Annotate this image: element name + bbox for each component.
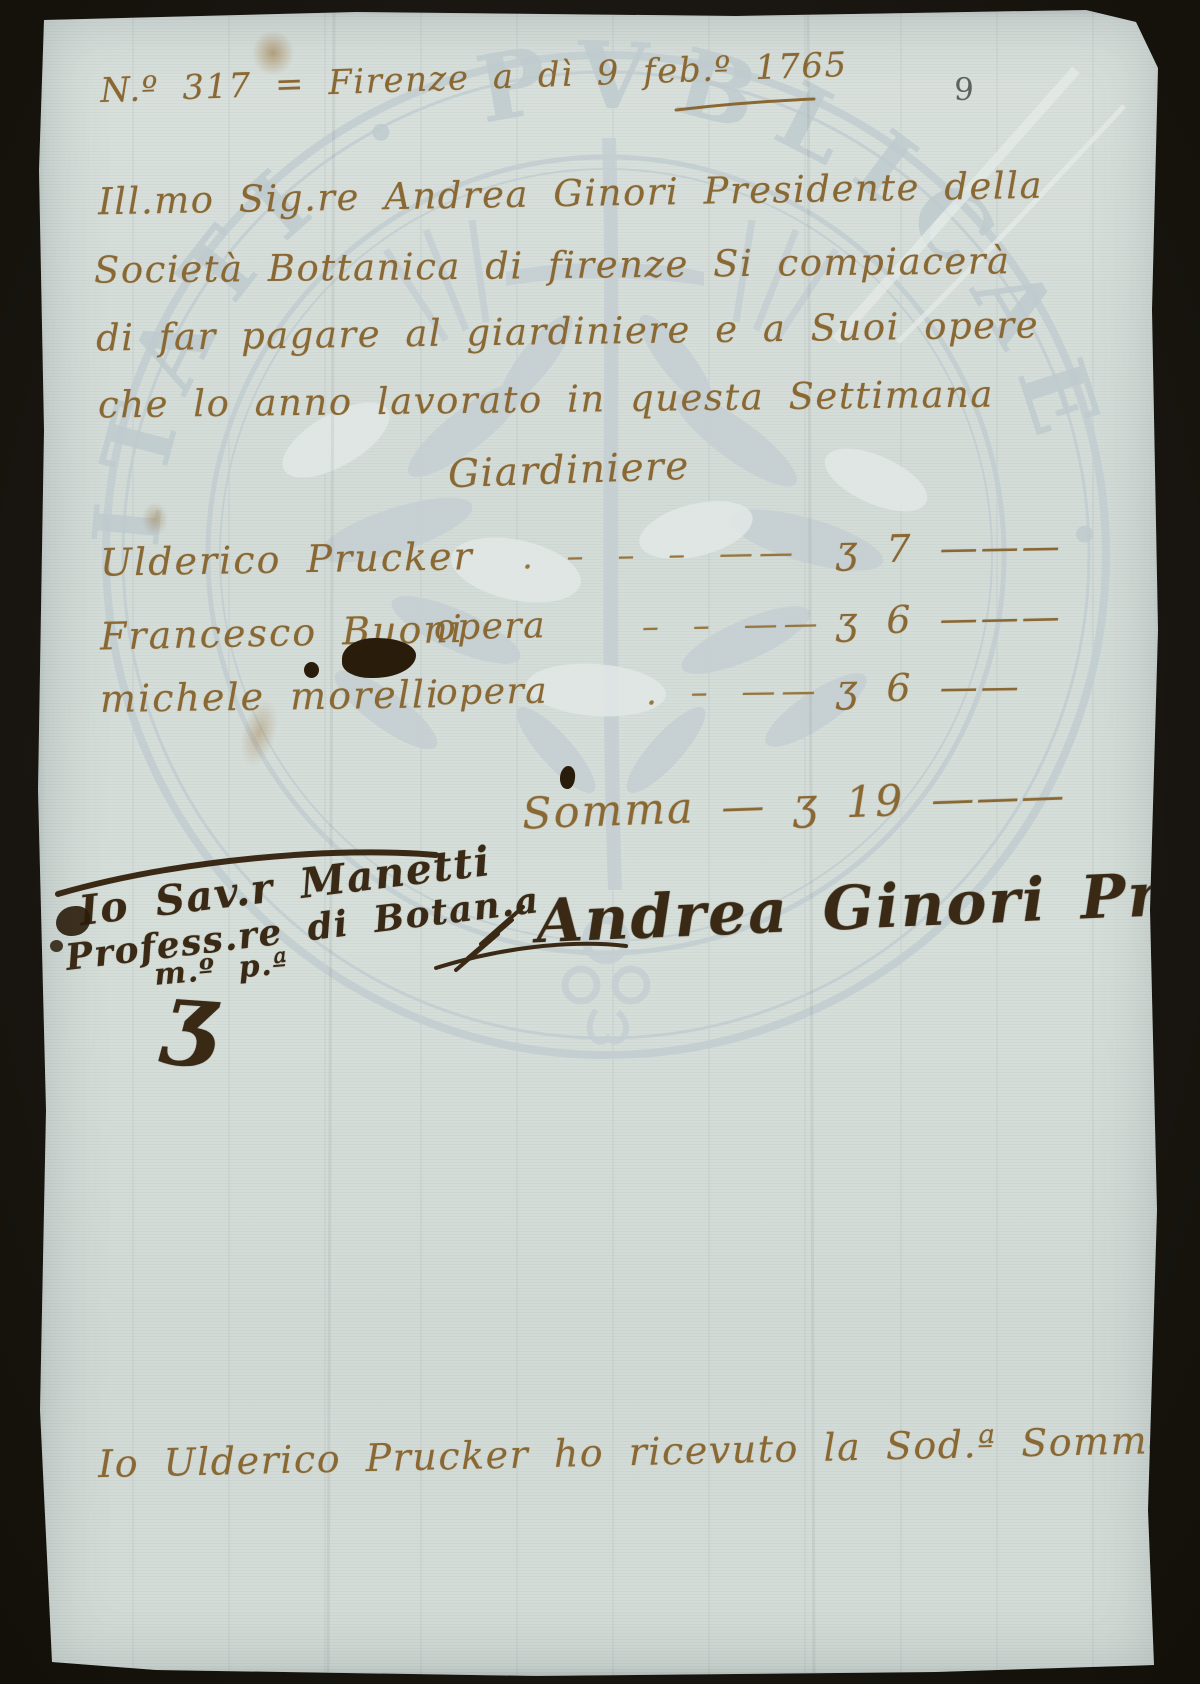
archival-page-number: 9 — [953, 71, 976, 108]
manuscript-page: ITATI · PVBLICAE · AVGEN N.º 317 = Firen… — [36, 10, 1164, 1676]
header-line: N.º 317 = Firenze a dì 9 feb.º 1765 — [100, 45, 849, 111]
ink-blot — [558, 765, 576, 790]
ledger-row: Ulderico Prucker . – – – —— ʒ 7 ——— — [36, 522, 1165, 594]
receipt-line: Io Ulderico Prucker ho ricevuto la Sod.ª… — [98, 1418, 1173, 1486]
document-number: N.º 317 = — [100, 64, 306, 111]
section-title: Giardiniere — [447, 444, 690, 497]
paper-stain — [142, 502, 168, 536]
amount: ʒ 7 ——— — [836, 524, 1064, 572]
ledger-row: michele morelli opera . – —— ʒ 6 —— — [36, 662, 1165, 730]
salutation-line: che lo anno lavorato in questa Settimana — [98, 373, 994, 427]
total-line: Somma — ʒ 19 ——— — [521, 771, 1067, 840]
amount: ʒ 6 —— — [836, 664, 1022, 711]
total-amount: — ʒ 19 ——— — [720, 771, 1067, 833]
ink-blot — [50, 940, 63, 952]
dash-leader: – – —— — [642, 603, 824, 647]
amount: ʒ 6 ——— — [835, 594, 1063, 643]
worker-name: michele morelli — [100, 672, 441, 721]
scanned-document-photo: { "document": { "archival_page_number": … — [0, 0, 1200, 1684]
witness-flourish: ʒ — [160, 960, 221, 1071]
ink-blot — [304, 662, 319, 678]
date-underline-stroke — [676, 99, 814, 110]
total-label: Somma — [521, 783, 695, 839]
worker-name: Ulderico Prucker — [100, 534, 474, 585]
salutation-line: Società Bottanica di firenze Si compiace… — [94, 239, 1011, 292]
worker-role: opera — [433, 605, 546, 648]
ledger-row: Francesco Buoni opera – – —— ʒ 6 ——— — [36, 592, 1165, 668]
dash-leader: . – —— — [646, 671, 822, 713]
salutation-line: di far pagare al giardiniere e a Suoi op… — [96, 303, 1040, 359]
president-signature: Andrea Ginori Pres — [535, 857, 1200, 958]
salutation-line: Ill.mo Sig.re Andrea Ginori Presidente d… — [98, 164, 1044, 223]
place-and-date: Firenze a dì 9 feb.º 1765 — [328, 45, 849, 103]
dash-leader: . – – – —— — [522, 533, 800, 578]
worker-role: opera — [436, 671, 549, 714]
